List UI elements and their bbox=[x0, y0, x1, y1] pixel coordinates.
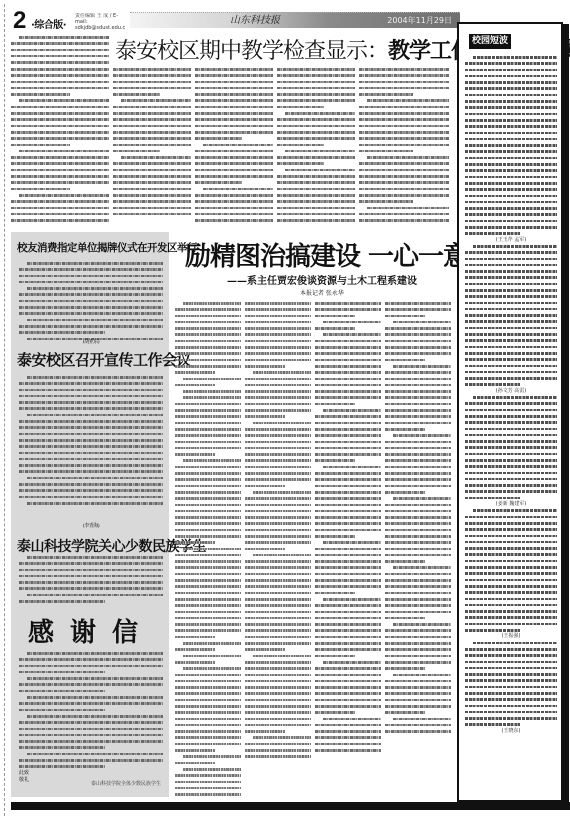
center-article-column-4 bbox=[385, 300, 451, 800]
minority-students-headline: 泰山科技学院关心少数民族学生 bbox=[17, 536, 165, 556]
main-article-column-2 bbox=[113, 66, 191, 226]
main-article-column-5 bbox=[359, 66, 449, 226]
sidebar-shadow bbox=[563, 24, 569, 806]
center-article-byline: 本报记者 张永华 bbox=[300, 288, 344, 297]
sidebar-brief-5-credit: (王晓东) bbox=[465, 728, 557, 734]
sidebar-body: (王玉芹 孟军) (孙文芳 高雷) (姜新 魏建军) (王振强) (王晓东) bbox=[465, 54, 557, 794]
masthead-logo: 山东科技报 bbox=[230, 13, 280, 29]
sidebar-title: 校园短波 bbox=[469, 34, 511, 49]
center-article-column-2 bbox=[245, 300, 311, 800]
main-article-column-4 bbox=[277, 66, 355, 226]
campus-briefs-sidebar: 校园短波 (王玉芹 孟军) (孙文芳 高雷) (姜新 魏建军) (王振强) (王… bbox=[457, 22, 563, 802]
main-article-lead bbox=[11, 34, 109, 64]
section-name: ·综合版· bbox=[31, 16, 66, 31]
issue-date: 2004年11月29日 bbox=[387, 16, 452, 26]
letter-signature: 泰山科技学院全体少数民族学生 bbox=[91, 780, 161, 787]
center-article-subtitle: ——系主任贾宏俊谈资源与土木工程系建设 bbox=[227, 272, 417, 287]
alumni-article-body bbox=[19, 260, 163, 344]
alumni-article-headline: 校友消费指定单位揭牌仪式在开发区举行 bbox=[17, 240, 165, 255]
editor-line: 责任编辑 王 成 / E-mail: sdkjdb@sdust.edu.cn bbox=[75, 13, 125, 31]
center-article-column-1 bbox=[175, 300, 241, 800]
publicity-meeting-body bbox=[19, 374, 163, 530]
left-gray-column: 校友消费指定单位揭牌仪式在开发区举行 (胡亚东) 泰安校区召开宣传工作会议 (李… bbox=[11, 232, 169, 797]
main-article-column-3 bbox=[195, 66, 273, 226]
publicity-meeting-signoff: (李青海) bbox=[17, 522, 165, 529]
main-headline-part1: 泰安校区期中教学检查显示： bbox=[115, 39, 388, 64]
center-article-column-3 bbox=[315, 300, 381, 800]
thank-you-letter-headline: 感谢信 bbox=[17, 612, 165, 649]
thank-you-letter-body: 此致 敬礼 bbox=[19, 650, 163, 790]
page-bottom-rule bbox=[11, 802, 570, 810]
alumni-article-signoff: (胡亚东) bbox=[17, 338, 165, 345]
letter-salutation: 此致 bbox=[19, 770, 163, 777]
main-article-column-1 bbox=[11, 66, 109, 226]
newspaper-page: 2 ·综合版· 责任编辑 王 成 / E-mail: sdkjdb@sdust.… bbox=[4, 4, 566, 816]
header-bar: 山东科技报 2004年11月29日 bbox=[130, 12, 460, 28]
page-number: 2 bbox=[13, 10, 26, 32]
minority-students-body bbox=[19, 554, 163, 606]
publicity-meeting-headline: 泰安校区召开宣传工作会议 bbox=[17, 349, 165, 370]
